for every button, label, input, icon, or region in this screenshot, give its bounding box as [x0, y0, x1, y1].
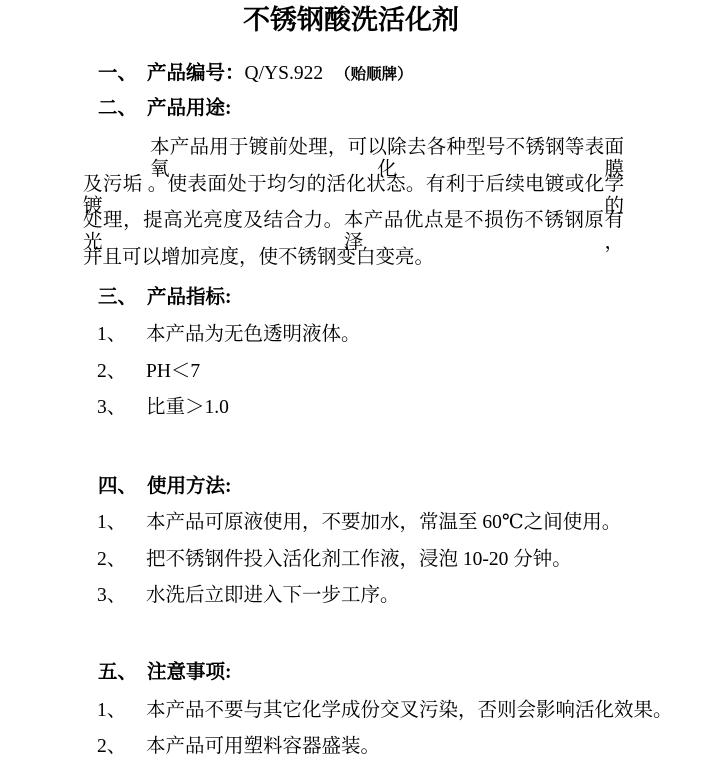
- list-item-number: 3、: [97, 397, 146, 419]
- list-item-text: 本产品可用塑料容器盛装。: [146, 736, 380, 758]
- section-number: 五、: [98, 662, 147, 684]
- section-usage-heading: 二、 产品用途:: [98, 98, 232, 120]
- document-title: 不锈钢酸洗活化剂: [0, 2, 702, 38]
- document-page: 不锈钢酸洗活化剂 一、 产品编号： Q/YS.922 （贻顺牌） 二、 产品用途…: [0, 0, 702, 784]
- list-item: 1、 本产品不要与其它化学成份交叉污染，否则会影响活化效果。: [97, 700, 673, 722]
- section-number: 四、: [98, 476, 147, 498]
- section-notes-heading: 五、 注意事项:: [98, 662, 232, 684]
- list-item-number: 1、: [97, 512, 146, 534]
- section-number: 一、: [98, 63, 147, 85]
- list-item: 2、 PH＜7: [97, 361, 200, 383]
- list-item-text: 水洗后立即进入下一步工序。: [146, 585, 400, 607]
- list-item-text: 把不锈钢件投入活化剂工作液，浸泡 10-20 分钟。: [146, 549, 572, 571]
- section-heading-label: 产品编号：: [147, 63, 245, 85]
- product-code-value: Q/YS.922: [245, 63, 324, 85]
- usage-paragraph-line: 并且可以增加亮度，使不锈钢变白变亮。: [83, 247, 624, 269]
- list-item-number: 1、: [97, 324, 146, 346]
- list-item: 3、 比重＞1.0: [97, 397, 229, 419]
- brand-name: （贻顺牌）: [335, 64, 413, 86]
- section-method-heading: 四、 使用方法:: [98, 476, 232, 498]
- list-item-number: 2、: [97, 549, 146, 571]
- list-item-text: 本产品为无色透明液体。: [146, 324, 361, 346]
- list-item-text: 本产品可原液使用，不要加水，常温至 60℃之间使用。: [146, 512, 621, 534]
- section-heading-label: 注意事项:: [147, 662, 232, 684]
- section-number: 三、: [98, 287, 147, 309]
- list-item: 2、 把不锈钢件投入活化剂工作液，浸泡 10-20 分钟。: [97, 549, 572, 571]
- list-item: 2、 本产品可用塑料容器盛装。: [97, 736, 380, 758]
- list-item: 3、 水洗后立即进入下一步工序。: [97, 585, 400, 607]
- list-item-text: PH＜7: [146, 361, 200, 383]
- list-item-text: 本产品不要与其它化学成份交叉污染，否则会影响活化效果。: [146, 700, 673, 722]
- list-item-number: 2、: [97, 736, 146, 758]
- section-heading-label: 使用方法:: [147, 476, 232, 498]
- list-item-number: 3、: [97, 585, 146, 607]
- list-item-text: 比重＞1.0: [146, 397, 229, 419]
- list-item: 1、 本产品为无色透明液体。: [97, 324, 361, 346]
- section-heading-label: 产品指标:: [147, 287, 232, 309]
- section-specs-heading: 三、 产品指标:: [98, 287, 232, 309]
- list-item-number: 2、: [97, 361, 146, 383]
- list-item-number: 1、: [97, 700, 146, 722]
- section-heading-label: 产品用途:: [147, 98, 232, 120]
- section-product-code: 一、 产品编号： Q/YS.922 （贻顺牌）: [98, 63, 413, 86]
- list-item: 1、 本产品可原液使用，不要加水，常温至 60℃之间使用。: [97, 512, 621, 534]
- section-number: 二、: [98, 98, 147, 120]
